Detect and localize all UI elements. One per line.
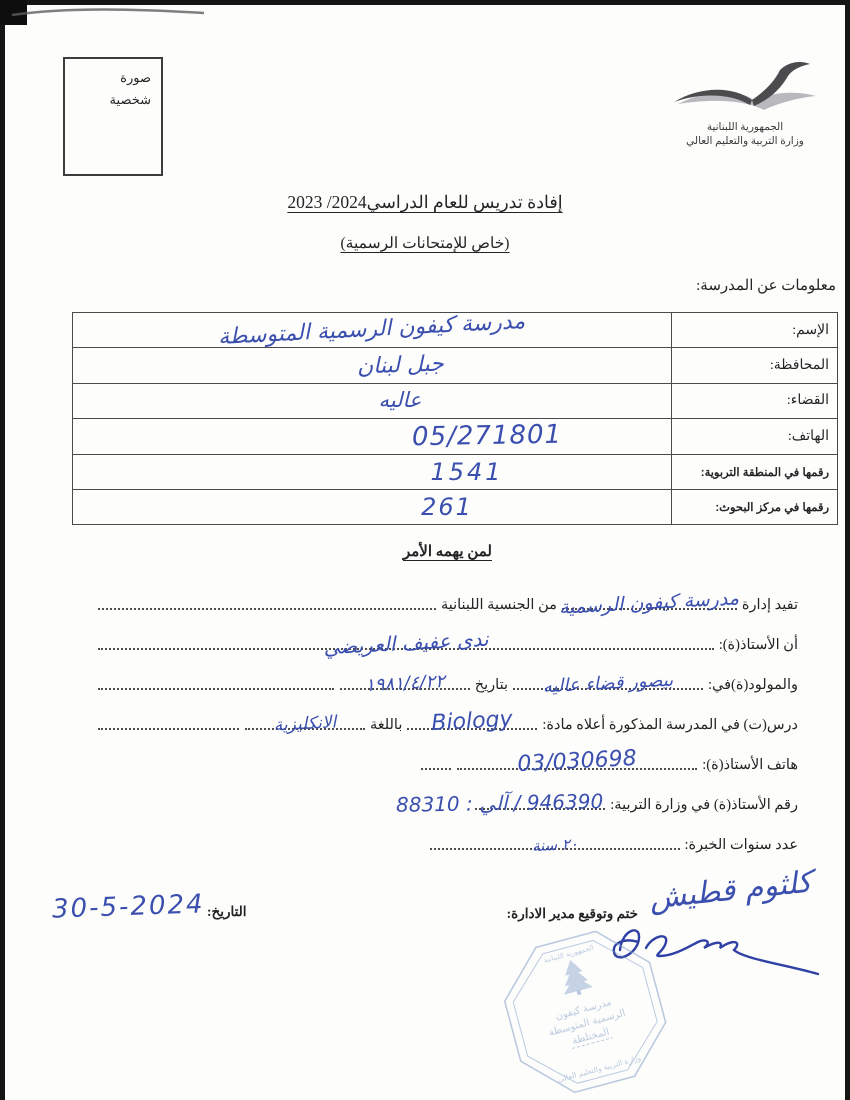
dotted-leader [98,602,436,610]
letter-heading: لمن يهمه الأمر [95,542,800,564]
school-stamp-icon: الجمهورية اللبنانية مدرسة كيفون الرسمية … [488,930,683,1100]
handwritten-entry: 1541 [430,460,503,484]
form-title-text: إفادة تدريس للعام الدراسي [367,192,563,212]
line-prefix: هاتف الأستاذ(ة): [700,757,800,774]
form-title: إفادة تدريس للعام الدراسي2023 /2024 [0,192,850,213]
dotted-leader [98,722,239,730]
line-mid-text: من الجنسية اللبنانية [439,597,559,614]
handwritten-entry: عاليه [379,390,422,411]
dotted-fill: ١٩٨١/٤/٢٢ [340,682,470,690]
line-prefix: تفيد إدارة [740,597,800,614]
row-value: عاليه [73,384,671,418]
handwritten-entry: الانكليزية [273,714,336,734]
row-label: رقمها في المنطقة التربوية: [671,455,837,489]
scanned-form-page: صورة شخصية الجمهورية اللبنانية وزارة الت… [0,0,850,1100]
dotted-fill: مدرسة كيفون الرسمية [562,602,737,610]
stamp-around-bottom: وزارة التربية والتعليم العالي [557,1053,642,1084]
school-info-heading: معلومات عن المدرسة: [696,276,836,295]
photo-box-label-line2: شخصية [65,89,151,111]
date-label: التاريخ: [207,904,247,920]
row-value: 05/271801 [73,419,671,453]
table-row: الهاتف: 05/271801 [73,419,837,454]
page-curl-shadow [8,6,208,20]
dotted-leader [98,682,334,690]
dotted-fill: الانكليزية [245,722,365,730]
dotted-fill: بيصور قضاء عاليه [513,682,703,690]
republic-name: الجمهورية اللبنانية [660,121,830,135]
line-prefix: رقم الأستاذ(ة) في وزارة التربية: [608,797,800,814]
table-row: القضاء: عاليه [73,384,837,419]
table-row: المحافظة: جبل لبنان [73,348,837,383]
dotted-fill: 946390 / آلي : 88310 [475,802,605,810]
row-label: الإسم: [671,313,837,347]
row-value: مدرسة كيفون الرسمية المتوسطة [73,313,671,347]
form-subtitle: (خاص للإمتحانات الرسمية) [0,234,850,253]
handwritten-entry: Biology [431,709,513,735]
row-value: جبل لبنان [73,348,671,382]
personal-photo-box: صورة شخصية [63,57,163,176]
dotted-fill: Biology [407,722,537,730]
director-name-handwritten: كلثوم قطيش [648,868,813,915]
ministry-logo-icon [670,60,820,116]
ministry-name: وزارة التربية والتعليم العالي [660,135,830,149]
letter-line: رقم الأستاذ(ة) في وزارة التربية: 946390 … [95,774,800,814]
handwritten-entry: 261 [421,495,473,519]
line-mid-text: بتاريخ [473,677,510,694]
line-prefix: أن الأستاذ(ة): [717,637,800,654]
form-title-block: إفادة تدريس للعام الدراسي2023 /2024 (خاص… [0,192,850,253]
scan-edge-left [0,0,5,1100]
row-label: المحافظة: [671,348,837,382]
handwritten-entry: 05/271801 [412,422,563,451]
handwritten-entry: ٢٠ سنة [531,837,578,854]
table-row: رقمها في المنطقة التربوية: 1541 [73,455,837,490]
handwritten-entry: ندى عفيف العريضي [323,629,489,658]
scan-edge-right [845,0,850,1100]
dotted-fill: ندى عفيف العريضي [98,642,714,650]
line-mid-text: باللغة [368,717,404,734]
line-prefix: والمولود(ة)في: [706,677,800,694]
row-value: 261 [73,490,671,524]
letter-line: درس(ت) في المدرسة المذكورة أعلاه مادة: B… [95,694,800,734]
handwritten-entry: مدرسة كيفون الرسمية المتوسطة [218,311,526,349]
letter-line: عدد سنوات الخبرة: ٢٠ سنة [95,814,800,854]
table-row: الإسم: مدرسة كيفون الرسمية المتوسطة [73,313,837,348]
line-prefix: عدد سنوات الخبرة: [683,837,800,854]
dotted-fill: 03/030698 [457,762,697,770]
academic-year: 2023 /2024 [287,192,366,212]
table-row: رقمها في مركز البحوث: 261 [73,490,837,524]
date-value-handwritten: 30-5-2024 [52,891,205,922]
letter-line: أن الأستاذ(ة): ندى عفيف العريضي [95,614,800,654]
letter-line: هاتف الأستاذ(ة): 03/030698 [95,734,800,774]
letter-line: والمولود(ة)في: بيصور قضاء عاليه بتاريخ ١… [95,654,800,694]
handwritten-entry: 946390 / آلي : 88310 [396,791,604,815]
school-info-table: الإسم: مدرسة كيفون الرسمية المتوسطة المح… [72,312,838,525]
row-label: رقمها في مركز البحوث: [671,490,837,524]
cedar-icon [556,956,593,995]
scan-edge-top [0,0,850,5]
handwritten-entry: جبل لبنان [356,353,443,378]
ministry-header: الجمهورية اللبنانية وزارة التربية والتعل… [660,60,830,149]
handwritten-entry: 03/030698 [517,748,637,776]
letter-body: لمن يهمه الأمر تفيد إدارة مدرسة كيفون ال… [95,542,800,854]
row-label: الهاتف: [671,419,837,453]
letter-line: تفيد إدارة مدرسة كيفون الرسمية من الجنسي… [95,574,800,614]
row-label: القضاء: [671,384,837,418]
dotted-fill: ٢٠ سنة [430,842,680,850]
line-prefix: درس(ت) في المدرسة المذكورة أعلاه مادة: [540,717,800,734]
dotted-leader [421,762,451,770]
handwritten-entry: ١٩٨١/٤/٢٢ [364,673,445,695]
photo-box-label-line1: صورة [65,67,151,89]
handwritten-entry: بيصور قضاء عاليه [542,672,673,697]
row-value: 1541 [73,455,671,489]
